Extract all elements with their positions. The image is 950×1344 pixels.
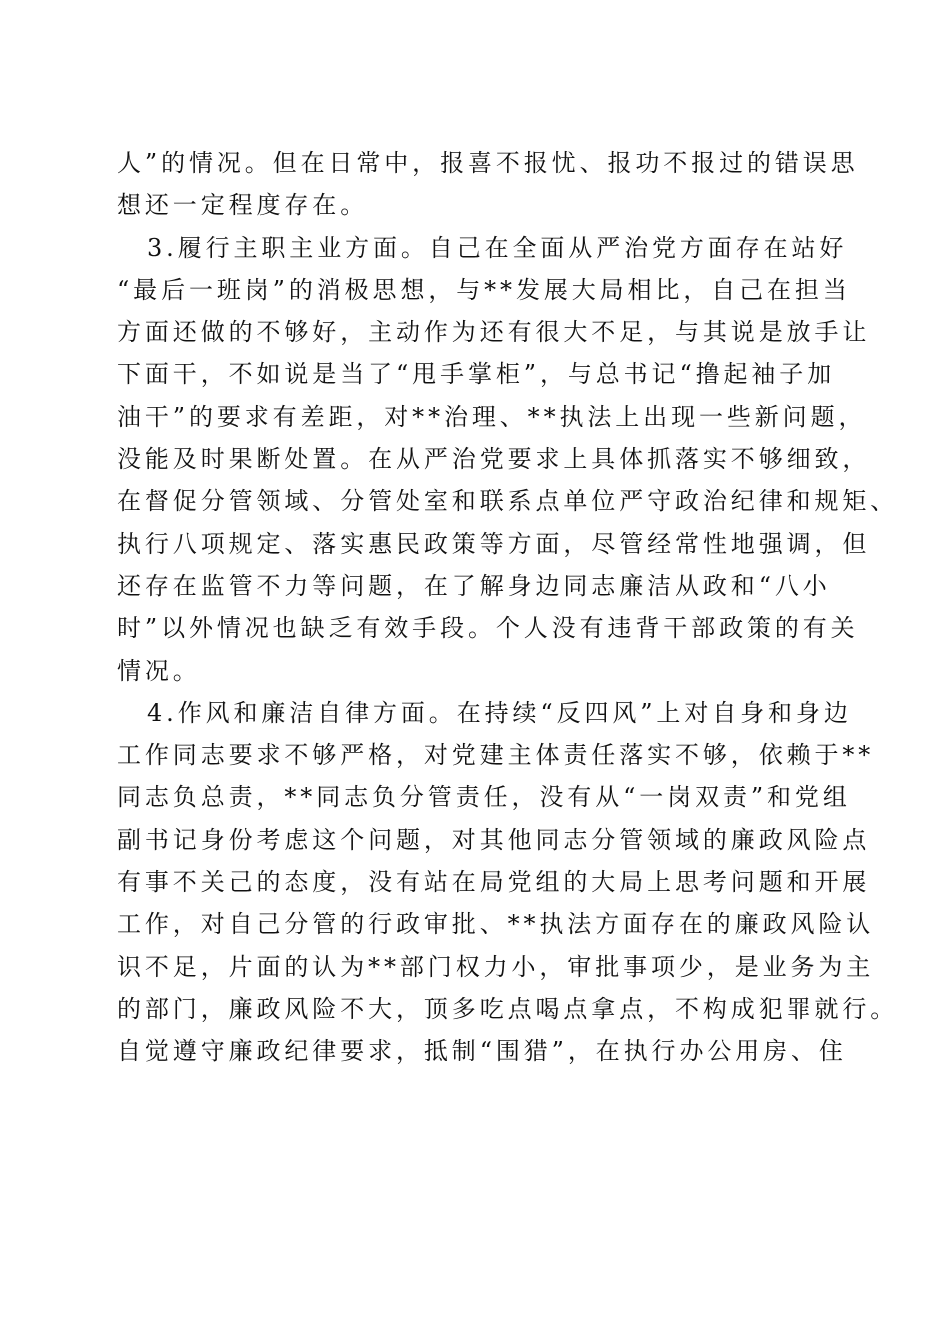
text-line: 下面干，不如说是当了“甩手掌柜”，与总书记“撸起袖子加 [117,353,837,395]
text-line: 同志负总责，**同志负分管责任，没有从“一岗双责”和党组 [117,776,837,818]
text-line: 的部门，廉政风险不大，顶多吃点喝点拿点，不构成犯罪就行。 [117,988,837,1030]
text-line: 工作同志要求不够严格，对党建主体责任落实不够，依赖于** [117,734,837,776]
text-line: 识不足，片面的认为**部门权力小，审批事项少，是业务为主 [117,946,837,988]
section-3-heading-line: 3.履行主职主业方面。自己在全面从严治党方面存在站好 [117,227,837,269]
text-line: 想还一定程度存在。 [117,184,837,226]
text-line: 还存在监管不力等问题，在了解身边同志廉洁从政和“八小 [117,565,837,607]
text-line: 执行八项规定、落实惠民政策等方面，尽管经常性地强调，但 [117,523,837,565]
document-page: 人”的情况。但在日常中，报喜不报忧、报功不报过的错误思 想还一定程度存在。 3.… [117,142,837,1073]
section-4-heading-line: 4.作风和廉洁自律方面。在持续“反四风”上对自身和身边 [117,692,837,734]
text-line: 油干”的要求有差距，对**治理、**执法上出现一些新问题， [117,396,837,438]
text-line: 情况。 [117,650,837,692]
text-line: 副书记身份考虑这个问题，对其他同志分管领域的廉政风险点 [117,819,837,861]
text-line: 没能及时果断处置。在从严治党要求上具体抓落实不够细致， [117,438,837,480]
text-line: 人”的情况。但在日常中，报喜不报忧、报功不报过的错误思 [117,142,837,184]
text-line: 时”以外情况也缺乏有效手段。个人没有违背干部政策的有关 [117,607,837,649]
text-line: 工作，对自己分管的行政审批、**执法方面存在的廉政风险认 [117,903,837,945]
text-line: 方面还做的不够好，主动作为还有很大不足，与其说是放手让 [117,311,837,353]
text-line: 在督促分管领域、分管处室和联系点单位严守政治纪律和规矩、 [117,480,837,522]
text-line: “最后一班岗”的消极思想，与**发展大局相比，自己在担当 [117,269,837,311]
text-line: 自觉遵守廉政纪律要求，抵制“围猎”，在执行办公用房、住 [117,1030,837,1072]
text-line: 有事不关己的态度，没有站在局党组的大局上思考问题和开展 [117,861,837,903]
